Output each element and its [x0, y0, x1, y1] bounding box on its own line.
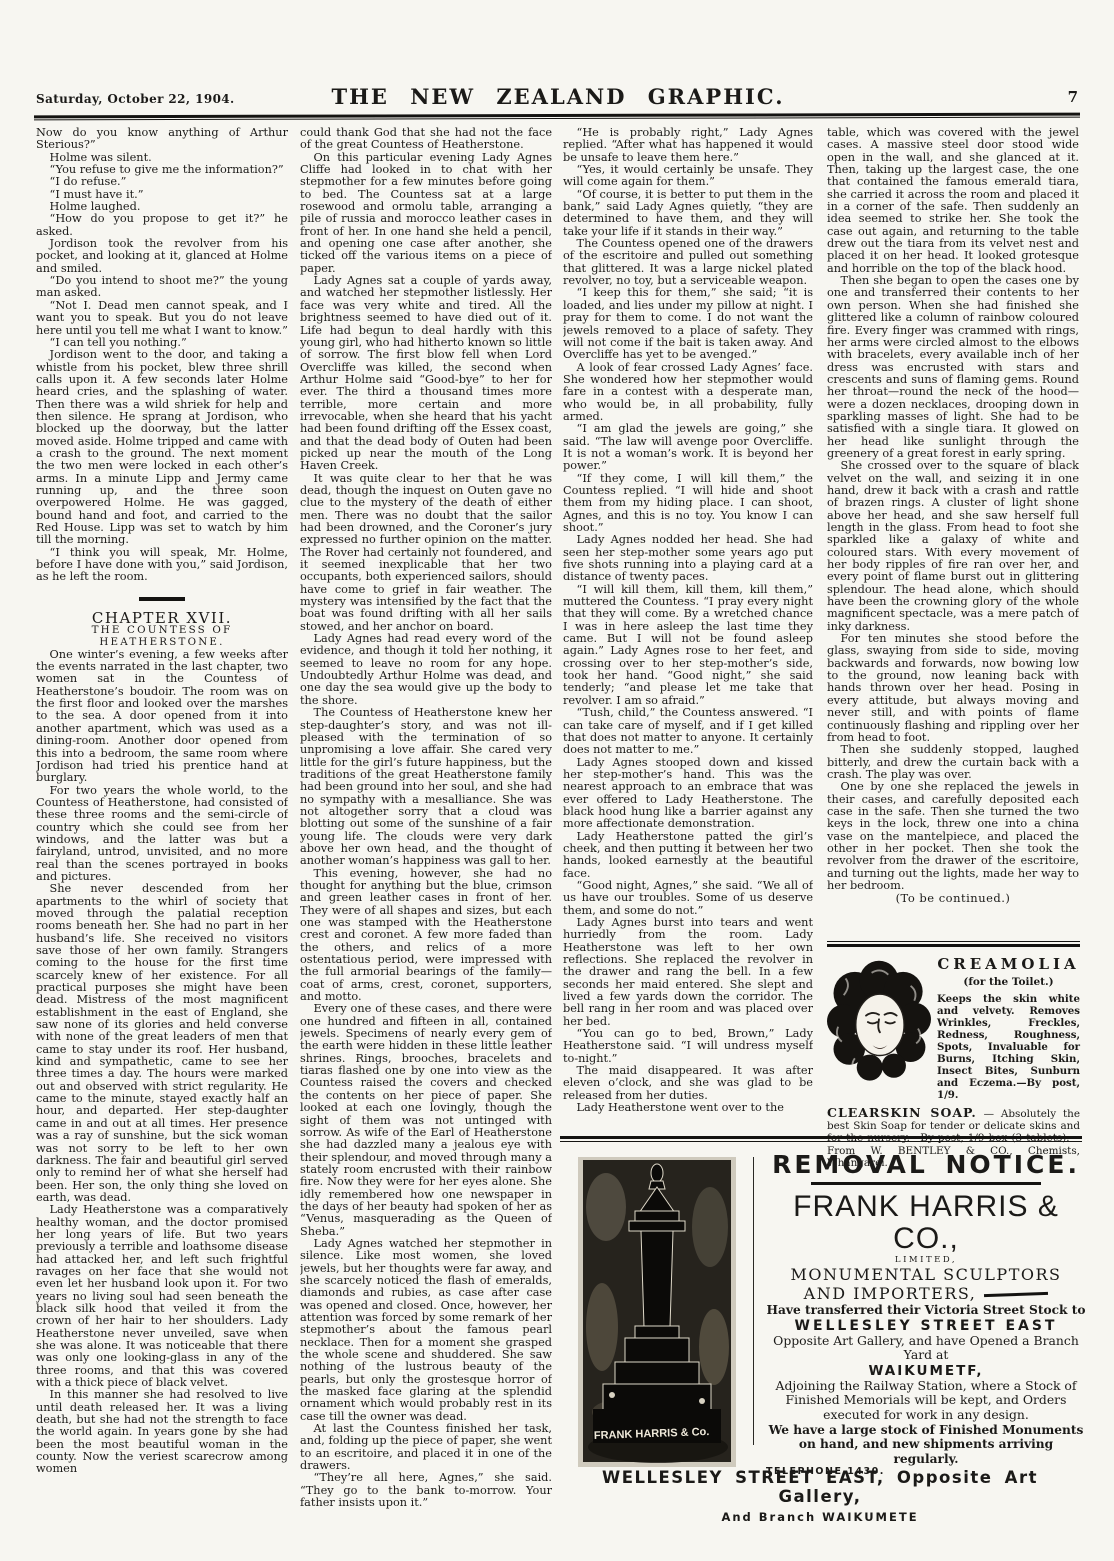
story-paragraph: For two years the whole world, to the Co…	[36, 785, 288, 884]
removal-paragraph-2: Opposite Art Gallery, and have Opened a …	[766, 1334, 1086, 1363]
chapter-subheading: THE COUNTESS OF HEATHERSTONE.	[36, 624, 288, 649]
removal-paragraph-1: Have transferred their Victoria Street S…	[766, 1303, 1086, 1318]
removal-notice-ad: REMOVAL NOTICE. FRANK HARRIS & CO., LIMI…	[766, 1150, 1086, 1477]
chapter-heading: CHAPTER XVII.	[36, 612, 288, 624]
creamolia-ad-body: CREAMOLIA (for the Toilet.) Keeps the sk…	[827, 955, 1080, 1101]
clearskin-title: CLEARSKIN SOAP.	[827, 1105, 977, 1120]
story-paragraph: It was quite clear to her that he was de…	[300, 473, 552, 633]
story-paragraph: “I keep this for them,” she said; “it is…	[563, 287, 813, 361]
company-trade-line2-text: AND IMPORTERS,	[804, 1284, 977, 1303]
story-paragraph: “You can go to bed, Brown,” Lady Heather…	[563, 1028, 813, 1065]
woman-portrait-image	[827, 957, 931, 1089]
story-column-2: could thank God that she had not the fac…	[300, 127, 552, 1547]
story-paragraph: “Tush, child,” the Countess answered. “I…	[563, 707, 813, 756]
address-waikumete: WAIKUMETF,	[766, 1363, 1086, 1379]
footer-branch-line: And Branch WAIKUMETE	[556, 1510, 1084, 1524]
removal-heading-rule	[811, 1182, 1041, 1185]
story-paragraph: Now do you know anything of Arthur Steri…	[36, 127, 288, 152]
story-paragraph: This evening, however, she had no though…	[300, 868, 552, 1004]
creamolia-ad: CREAMOLIA (for the Toilet.) Keeps the sk…	[827, 941, 1080, 1169]
story-paragraph: A look of fear crossed Lady Agnes’ face.…	[563, 362, 813, 424]
story-paragraph: One by one she replaced the jewels in th…	[827, 781, 1079, 892]
story-paragraph: The Countess opened one of the drawers o…	[563, 238, 813, 287]
story-paragraph: On this particular evening Lady Agnes Cl…	[300, 152, 552, 275]
story-paragraph: Lady Agnes had read every word of the ev…	[300, 633, 552, 707]
removal-paragraph-3: Adjoining the Railway Station, where a S…	[766, 1379, 1086, 1423]
story-paragraph: For ten minutes she stood before the gla…	[827, 633, 1079, 744]
story-paragraph: “I do refuse.”	[36, 176, 288, 188]
story-paragraph: Lady Heatherstone went over to the	[563, 1102, 813, 1114]
story-paragraph: “I think you will speak, Mr. Holme, befo…	[36, 547, 288, 584]
company-limited: LIMITED,	[766, 1255, 1086, 1265]
story-paragraph: Lady Heatherstone patted the girl’s chee…	[563, 831, 813, 880]
page-number: 7	[1068, 88, 1078, 106]
page-header: Saturday, October 22, 1904. THE NEW ZEAL…	[36, 84, 1080, 114]
story-paragraph: One winter’s evening, a few weeks after …	[36, 649, 288, 785]
story-paragraph: could thank God that she had not the fac…	[300, 127, 552, 152]
story-paragraph: At last the Countess finished her task, …	[300, 1423, 552, 1472]
section-divider	[139, 597, 185, 601]
flourish-line	[984, 1292, 1048, 1297]
company-trade-line2: AND IMPORTERS,	[766, 1284, 1086, 1303]
removal-paragraph-4: We have a large stock of Finished Monume…	[766, 1423, 1086, 1467]
story-paragraph: Jordison went to the door, and taking a …	[36, 349, 288, 547]
ad-footer: WELLESLEY STREET EAST, Opposite Art Gall…	[556, 1468, 1084, 1524]
story-paragraph: “Good night, Agnes,” she said. “We all o…	[563, 880, 813, 917]
story-paragraph: The maid disappeared. It was after eleve…	[563, 1065, 813, 1102]
company-trade-line1: MONUMENTAL SCULPTORS	[766, 1265, 1086, 1284]
monument-photo: FRANK HARRIS & Co.	[578, 1157, 736, 1467]
newspaper-page: Saturday, October 22, 1904. THE NEW ZEAL…	[0, 0, 1114, 1561]
newspaper-title: THE NEW ZEALAND GRAPHIC.	[36, 84, 1080, 109]
story-paragraph: In this manner she had resolved to live …	[36, 1389, 288, 1475]
story-paragraph: “Of course, it is better to put them in …	[563, 189, 813, 238]
story-paragraph: Jordison took the revolver from his pock…	[36, 238, 288, 275]
story-paragraph: (To be continued.)	[827, 892, 1079, 904]
story-paragraph: The Countess of Heatherstone knew her st…	[300, 707, 552, 867]
story-paragraph: She crossed over to the square of black …	[827, 460, 1079, 633]
address-wellesley: WELLESLEY STREET EAST	[766, 1318, 1086, 1334]
story-paragraph: “I will kill them, kill them, kill them,…	[563, 584, 813, 707]
footer-address-line: WELLESLEY STREET EAST, Opposite Art Gall…	[556, 1468, 1084, 1506]
story-paragraph: “Not I. Dead men cannot speak, and I wan…	[36, 300, 288, 337]
story-paragraph: “If they come, I will kill them,” the Co…	[563, 473, 813, 535]
story-paragraph: Then she began to open the cases one by …	[827, 275, 1079, 460]
story-paragraph: “Do you intend to shoot me?” the young m…	[36, 275, 288, 300]
story-paragraph: “They’re all here, Agnes,” she said. “Th…	[300, 1472, 552, 1509]
story-paragraph: Lady Agnes sat a couple of yards away, a…	[300, 275, 552, 473]
ad-divider-rule	[753, 1157, 754, 1445]
story-paragraph: “Yes, it would certainly be unsafe. They…	[563, 164, 813, 189]
story-column-3: “He is probably right,” Lady Agnes repli…	[563, 127, 813, 1133]
story-paragraph: “I am glad the jewels are going,” she sa…	[563, 423, 813, 472]
story-paragraph: “How do you propose to get it?” he asked…	[36, 213, 288, 238]
company-name: FRANK HARRIS & CO.,	[766, 1191, 1086, 1255]
story-paragraph: Lady Agnes watched her stepmother in sil…	[300, 1238, 552, 1423]
story-column-1: Now do you know anything of Arthur Steri…	[36, 127, 288, 1547]
story-paragraph: Lady Agnes burst into tears and went hur…	[563, 917, 813, 1028]
ad-band-rule	[560, 1136, 1082, 1142]
story-paragraph: Lady Agnes stooped down and kissed her s…	[563, 757, 813, 831]
story-paragraph: “He is probably right,” Lady Agnes repli…	[563, 127, 813, 164]
story-paragraph: Then she suddenly stopped, laughed bitte…	[827, 744, 1079, 781]
story-paragraph: Lady Heatherstone was a comparatively he…	[36, 1204, 288, 1389]
story-paragraph: table, which was covered with the jewel …	[827, 127, 1079, 275]
story-paragraph: She never descended from her apartments …	[36, 883, 288, 1204]
ad-top-rule	[827, 941, 1080, 947]
removal-notice-heading: REMOVAL NOTICE.	[766, 1150, 1086, 1179]
story-paragraph: Every one of these cases, and there were…	[300, 1003, 552, 1238]
story-paragraph: Lady Agnes nodded her head. She had seen…	[563, 534, 813, 583]
